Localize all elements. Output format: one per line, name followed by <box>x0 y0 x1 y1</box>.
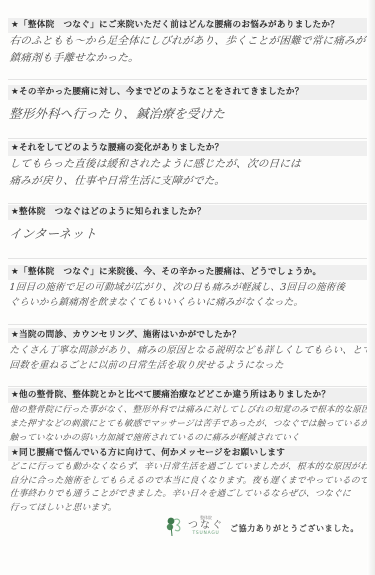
clinic-logo: 整体院 つなぐ TSUNAGU <box>165 515 224 537</box>
footer: 整体院 つなぐ TSUNAGU ご協力ありがとうございました。 <box>165 515 359 537</box>
clover-logo-icon <box>165 515 185 537</box>
divider <box>8 203 368 204</box>
answer-line: 1回目の施術で足の可動域が広がり、次の日も痛みが軽減し、3回目の施術後 <box>7 280 370 295</box>
logo-name: つなぐ <box>188 520 224 531</box>
question-label: ★他の整骨院、整体院とかと比べて腰痛治療などどこか違う所はありましたか？ <box>8 388 370 403</box>
question-label: ★同じ腰痛で悩んでいる方に向けて、何かメッセージをお願いします <box>8 446 370 461</box>
answer-line: どこに行っても動かなくならず、辛い日常生活を過ごしていましたが、根本的な原因がわ… <box>7 461 370 475</box>
divider <box>8 386 368 387</box>
qa-block-pre-visit-concerns: ★「整体院 つなぐ」にご来院いただく前はどんな腰痛のお悩みがありましたか？ 右の… <box>8 18 370 67</box>
question-label: ★その辛かった腰痛に対し、今までどのようなことをされてきましたか？ <box>8 85 370 100</box>
thanks-message: ご協力ありがとうございました。 <box>230 523 359 534</box>
survey-sheet: ★「整体院 つなぐ」にご来院いただく前はどんな腰痛のお悩みがありましたか？ 右の… <box>0 0 375 575</box>
qa-block-counseling-feedback: ★当院の問診、カウンセリング、施術はいかがでしたか？ たくさん丁寧な問診があり、… <box>8 328 370 373</box>
answer-line: 整形外科へ行ったり、鍼治療を受けた <box>6 100 370 124</box>
logo-wordmark: 整体院 つなぐ TSUNAGU <box>188 515 224 537</box>
answer-line: また押すなどの刺激にとても敏感でマッサージは苦手であったが、つなぐでは触っている… <box>7 417 370 431</box>
question-label: ★「整体院 つなぐ」にご来院いただく前はどんな腰痛のお悩みがありましたか？ <box>8 18 370 33</box>
answer-line: ぐらいから鎮痛剤を飲まなくてもいいくらいに痛みがなくなった。 <box>7 295 370 310</box>
paper-edge-shadow <box>367 0 375 575</box>
question-label: ★整体院 つなぐはどのように知られましたか？ <box>8 205 370 220</box>
question-label: ★それをしてどのような腰痛の変化がありましたか？ <box>8 141 370 156</box>
answer-line: 仕事終わりでも通うことができました。辛い日々を過ごしているならぜひ、つなぐに <box>7 488 370 502</box>
qa-block-comparison-other-clinics: ★他の整骨院、整体院とかと比べて腰痛治療などどこか違う所はありましたか？ 他の整… <box>8 388 370 445</box>
answer-line: 触っていないかの弱い力加減で施術されているのに痛みが軽減されていく <box>7 431 370 445</box>
answer-line: 他の整骨院に行った事がなく、整形外科では痛みに対してしびれの知覚のみで根本的な原… <box>7 403 370 417</box>
answer-line: インターネット <box>6 220 370 244</box>
logo-roman: TSUNAGU <box>192 531 219 537</box>
qa-block-change-after-treatment: ★それをしてどのような腰痛の変化がありましたか？ してもらった直後は緩和されたよ… <box>8 141 370 190</box>
answer-line: してもらった直後は緩和されたように感じたが、次の日には <box>7 156 370 173</box>
question-label: ★「整体院 つなぐ」に来院後、今、その辛かった腰痛は、どうでしょうか。 <box>8 265 370 280</box>
divider <box>8 258 368 259</box>
qa-block-how-found: ★整体院 つなぐはどのように知られましたか？ インターネット <box>8 205 370 244</box>
divider <box>8 138 368 139</box>
answer-line: 行ってほしいと思います。 <box>7 502 370 516</box>
answer-line: 右のふともも〜から足全体にしびれがあり、歩くことが困難で常に痛みがあった。 <box>7 33 370 50</box>
divider <box>8 324 368 325</box>
answer-line: 鎮痛剤も手離せなかった。 <box>7 50 370 67</box>
divider <box>8 79 368 80</box>
qa-block-current-condition: ★「整体院 つなぐ」に来院後、今、その辛かった腰痛は、どうでしょうか。 1回目の… <box>8 265 370 310</box>
qa-block-previous-treatments: ★その辛かった腰痛に対し、今までどのようなことをされてきましたか？ 整形外科へ行… <box>8 85 370 124</box>
qa-block-message-to-others: ★同じ腰痛で悩んでいる方に向けて、何かメッセージをお願いします どこに行っても動… <box>8 446 370 515</box>
answer-line: 自分に合った施術をしてもらえるので本当に良くなります。夜も遅くまでやっているので <box>7 475 370 489</box>
answer-line: 回数を重ねるごとに以前の日常生活を取り戻せるようになった <box>7 358 370 373</box>
answer-line: 痛みが戻り、仕事や日常生活に支障がでた。 <box>7 173 370 190</box>
question-label: ★当院の問診、カウンセリング、施術はいかがでしたか？ <box>8 328 370 343</box>
answer-line: たくさん丁寧な問診があり、痛みの原因となる説明なども詳しくしてもらい、とても安心… <box>7 343 370 358</box>
